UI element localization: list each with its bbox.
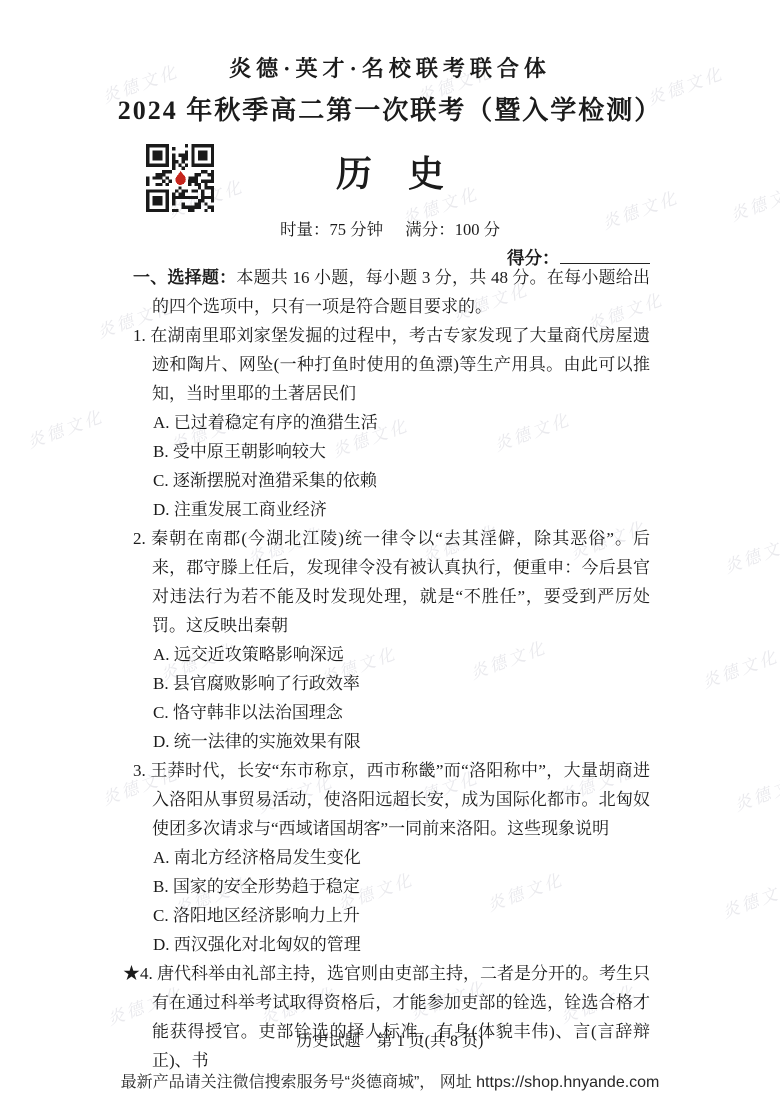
option-c: C. 逐渐摆脱对渔猎采集的依赖 (133, 466, 650, 495)
organization-title: 炎德·英才·名校联考联合体 (0, 52, 780, 83)
option-d: D. 西汉强化对北匈奴的管理 (133, 930, 650, 959)
score-blank-line (560, 247, 650, 264)
question-1: 1. 在湖南里耶刘家堡发掘的过程中，考古专家发现了大量商代房屋遗迹和陶片、网坠(… (133, 321, 650, 524)
option-a: A. 南北方经济格局发生变化 (133, 843, 650, 872)
question-number: 3. (133, 761, 146, 780)
question-area: 一、选择题：本题共 16 小题，每小题 3 分，共 48 分。在每小题给出的四个… (133, 263, 650, 1075)
question-number: 1. (133, 326, 146, 345)
question-number: 2. (133, 529, 146, 548)
watermark: 炎德文化 (720, 527, 780, 578)
option-b: B. 受中原王朝影响较大 (133, 437, 650, 466)
question-stem: 在湖南里耶刘家堡发掘的过程中，考古专家发现了大量商代房屋遗迹和陶片、网坠(一种打… (150, 326, 650, 403)
option-b: B. 县官腐败影响了行政效率 (133, 669, 650, 698)
question-stem: 唐代科举由礼部主持，选官则由吏部主持，二者是分开的。考生只有在通过科举考试取得资… (152, 964, 650, 1070)
option-d: D. 注重发展工商业经济 (133, 495, 650, 524)
watermark: 炎德文化 (730, 765, 780, 816)
option-c: C. 恪守韩非以法治国理念 (133, 698, 650, 727)
option-d: D. 统一法律的实施效果有限 (133, 727, 650, 756)
watermark: 炎德文化 (698, 642, 780, 693)
option-b: B. 国家的安全形势趋于稳定 (133, 872, 650, 901)
full-score-label: 满分：100 分 (405, 220, 500, 239)
option-a: A. 远交近攻策略影响深远 (133, 640, 650, 669)
option-a: A. 已过着稳定有序的渔猎生活 (133, 408, 650, 437)
exam-title: 2024 年秋季高二第一次联考（暨入学检测） (0, 90, 780, 127)
duration-label: 时量：75 分钟 (280, 220, 383, 239)
question-3: 3. 王莽时代，长安“东市称京，西市称畿”而“洛阳称中”，大量胡商进入洛阳从事贸… (133, 756, 650, 959)
question-stem: 秦朝在南郡(今湖北江陵)统一律令以“去其淫僻，除其恶俗”。后来，郡守滕上任后，发… (151, 529, 650, 635)
question-4: ★4. 唐代科举由礼部主持，选官则由吏部主持，二者是分开的。考生只有在通过科举考… (133, 959, 650, 1075)
exam-paper-page: 炎德文化炎德文化炎德文化炎德文化炎德文化炎德文化炎德文化炎德文化炎德文化炎德文化… (0, 0, 780, 1104)
subject-title: 历 史 (0, 146, 780, 197)
page-footer: 历史试题 第 1 页(共 8 页) (0, 1028, 780, 1051)
promo-line: 最新产品请关注微信搜索服务号“炎德商城”， 网址 https://shop.hn… (0, 1069, 780, 1092)
question-2: 2. 秦朝在南郡(今湖北江陵)统一律令以“去其淫僻，除其恶俗”。后来，郡守滕上任… (133, 524, 650, 756)
option-c: C. 洛阳地区经济影响力上升 (133, 901, 650, 930)
watermark: 炎德文化 (718, 872, 780, 923)
section-heading: 一、选择题： (133, 268, 236, 287)
section-intro: 一、选择题：本题共 16 小题，每小题 3 分，共 48 分。在每小题给出的四个… (133, 263, 650, 321)
question-stem: 王莽时代，长安“东市称京，西市称畿”而“洛阳称中”，大量胡商进入洛阳从事贸易活动… (150, 761, 650, 838)
question-number-starred: ★4. (123, 964, 153, 983)
watermark: 炎德文化 (23, 402, 107, 453)
exam-meta-line: 时量：75 分钟 满分：100 分 (0, 216, 780, 240)
